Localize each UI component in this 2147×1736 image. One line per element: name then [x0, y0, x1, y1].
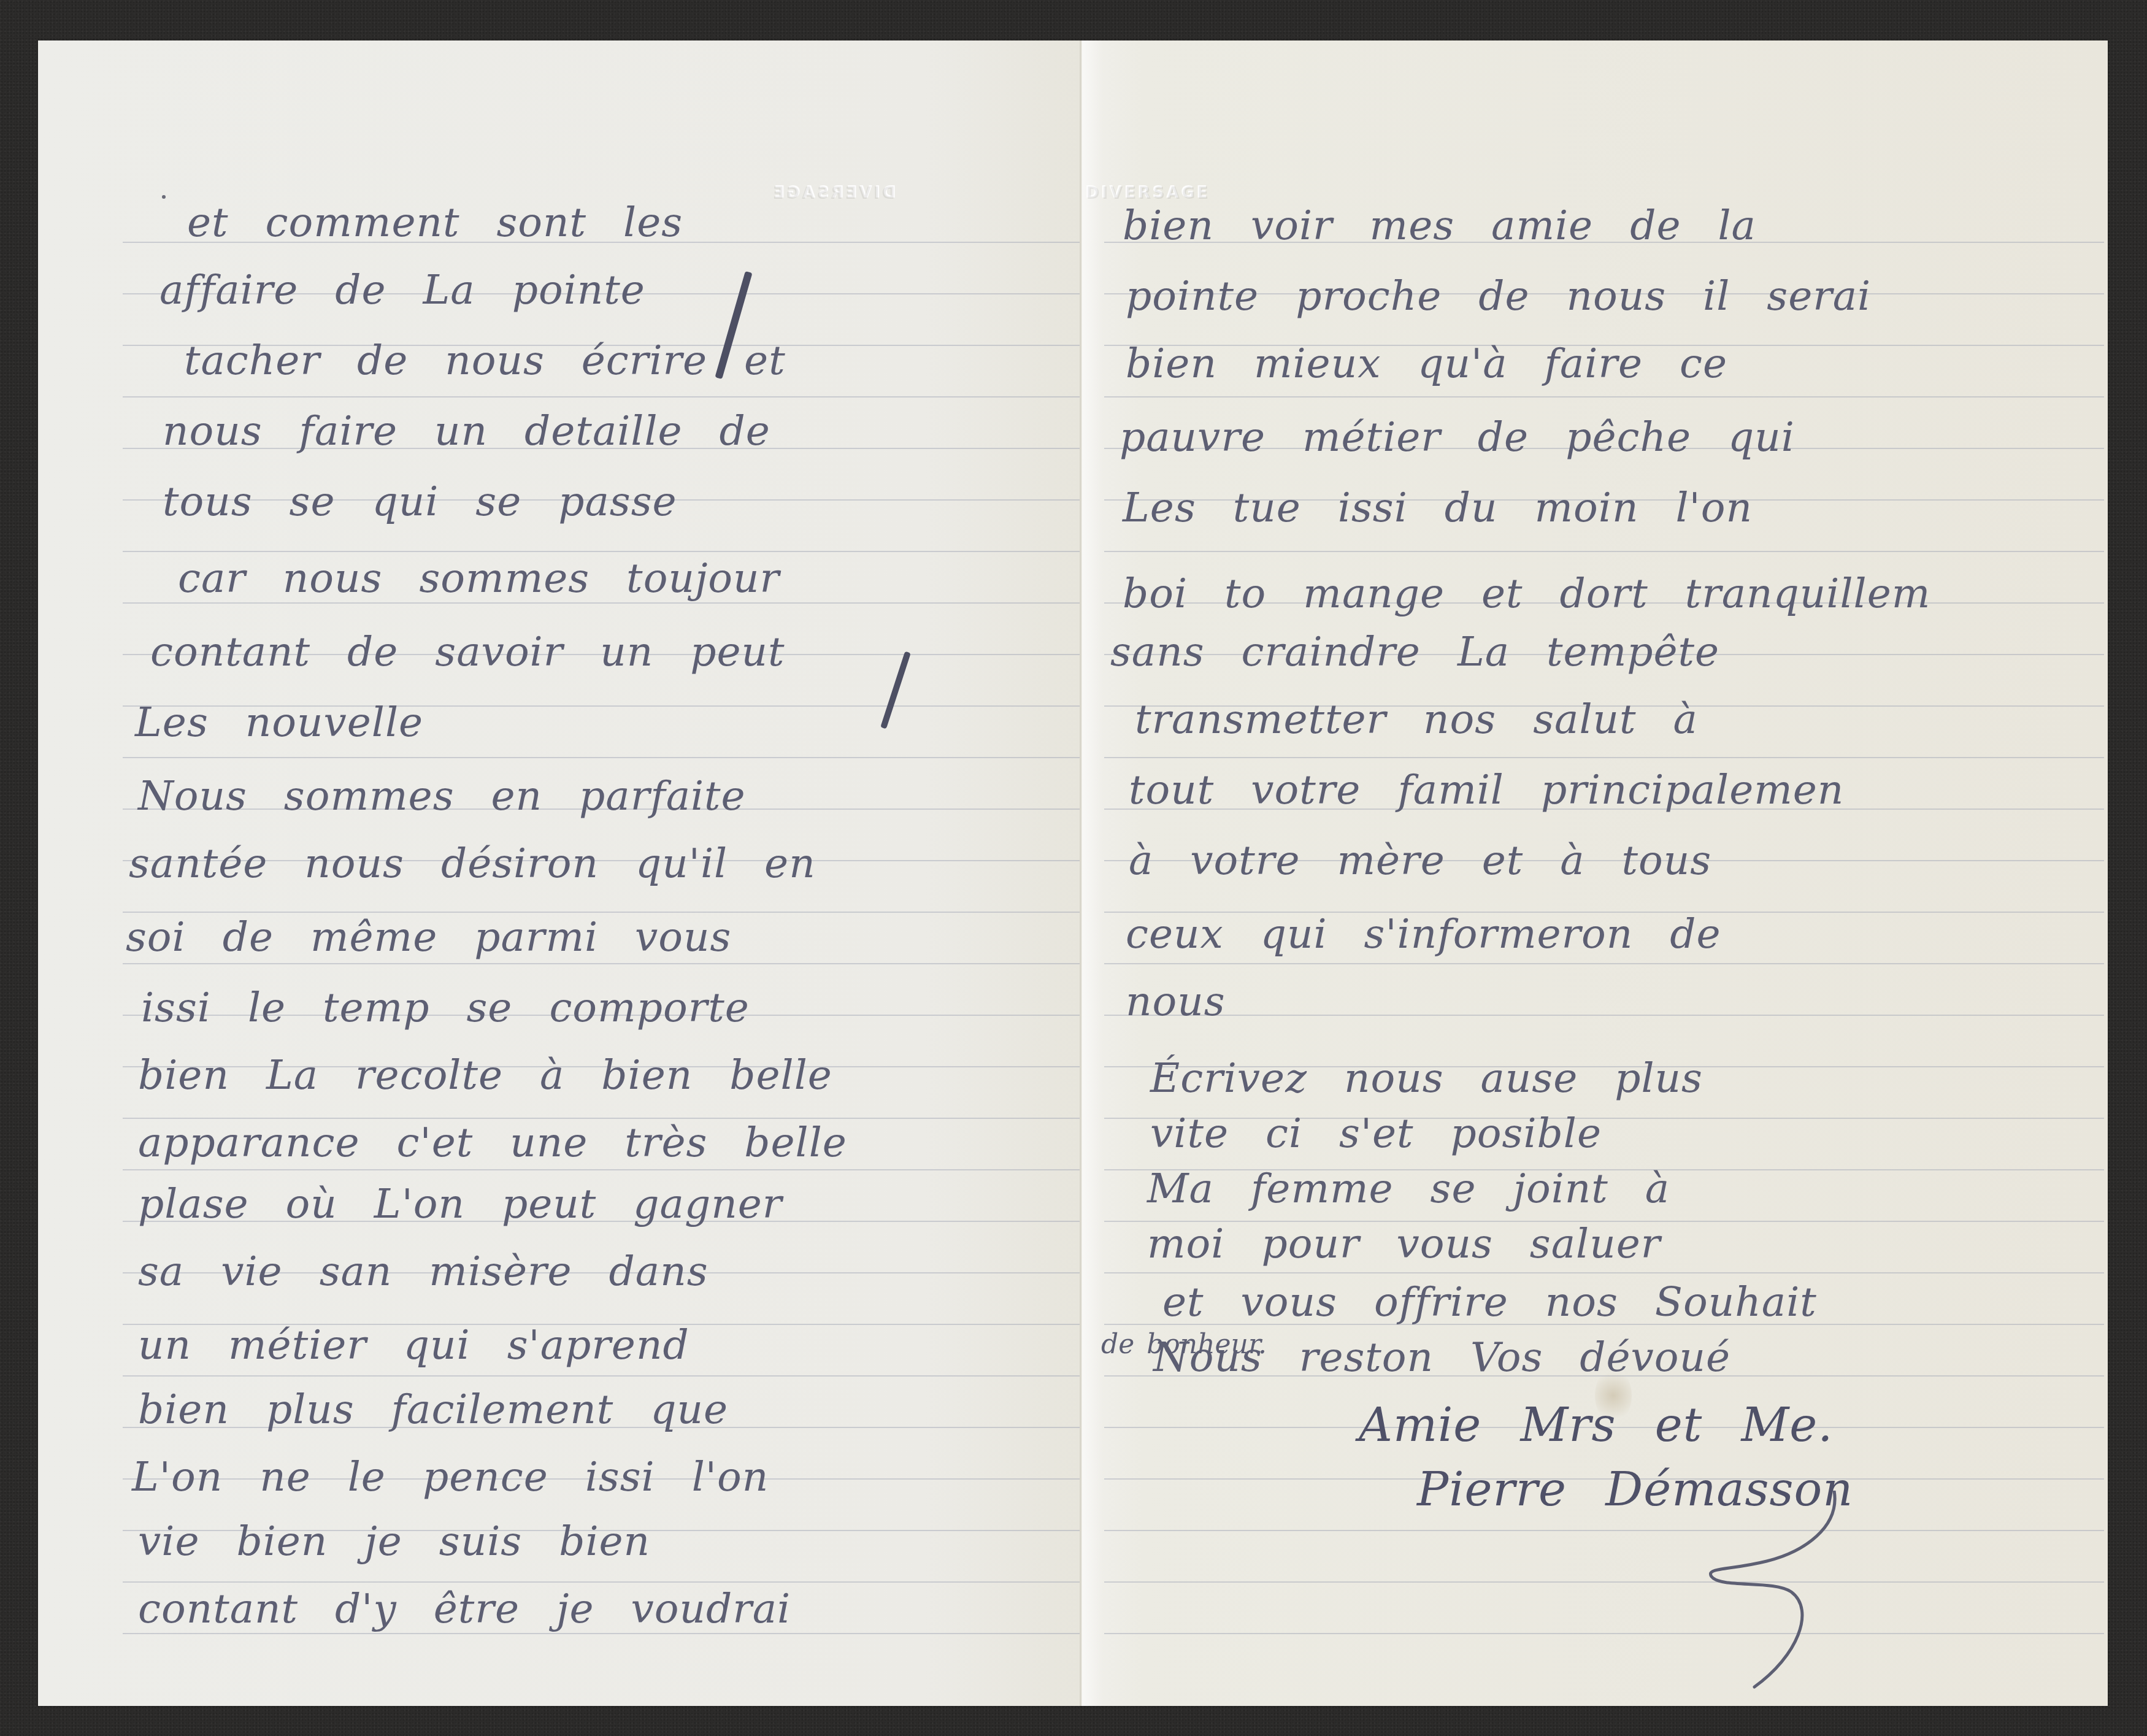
handwritten-line: soi de même parmi vous [126, 917, 731, 958]
handwritten-line: vite ci s'et posible [1150, 1113, 1602, 1154]
handwritten-line: Écrivez nous ause plus [1150, 1058, 1703, 1099]
handwritten-line: et comment sont les [187, 202, 683, 243]
handwritten-line: un métier qui s'aprend [138, 1325, 689, 1365]
handwritten-line: et vous offrire nos Souhait [1162, 1282, 1817, 1323]
fold-highlight [1082, 40, 1103, 1706]
handwritten-line: tout votre famil principalemen [1129, 770, 1844, 810]
ink-stain [1595, 1368, 1632, 1423]
margin-note: de bonheur. [1101, 1331, 1267, 1358]
handwritten-line: pointe proche de nous il serai [1126, 276, 1871, 317]
handwritten-line: tous se qui se passe [163, 482, 677, 522]
handwritten-line: bien La recolte à bien belle [138, 1055, 832, 1096]
handwritten-line: Ma femme se joint à [1147, 1169, 1670, 1209]
handwritten-line: à votre mère et à tous [1129, 840, 1711, 881]
handwritten-line: nous faire un detaille de [163, 411, 770, 451]
handwritten-line: nous [1126, 981, 1226, 1022]
handwritten-line: contant d'y être je voudrai [138, 1589, 791, 1629]
handwritten-line: contant de savoir un peut [150, 632, 785, 672]
handwritten-line: boi to mange et dort tranquillem [1123, 574, 1930, 614]
handwritten-line: car nous sommes toujour [178, 558, 780, 599]
center-fold [1080, 40, 1081, 1706]
handwritten-line: santée nous désiron qu'il en [129, 843, 816, 884]
letterhead-emboss-left: DIVERSAGE [771, 184, 896, 202]
signature-flourish-icon [1693, 1491, 1853, 1693]
closing-line: Amie Mrs et Me. [1359, 1402, 1833, 1448]
handwritten-line: bien voir mes amie de la [1123, 205, 1756, 246]
handwritten-line: ceux qui s'informeron de [1126, 914, 1721, 954]
ink-dot [162, 195, 166, 199]
handwritten-line: apparance c'et une très belle [138, 1123, 847, 1163]
handwritten-line: bien mieux qu'à faire ce [1126, 344, 1727, 384]
handwritten-line: bien plus facilement que [138, 1389, 728, 1430]
handwritten-line: tacher de nous écrire et [184, 340, 786, 381]
handwritten-line: transmetter nos salut à [1135, 699, 1698, 740]
handwritten-line: pauvre métier de pêche qui [1120, 417, 1795, 458]
handwritten-line: plase où L'on peut gagner [138, 1184, 782, 1224]
handwritten-line: issi le temp se comporte [141, 988, 750, 1028]
handwritten-line: sa vie san misère dans [138, 1251, 709, 1292]
handwritten-line: Les nouvelle [135, 702, 423, 743]
handwritten-line: L'on ne le pence issi l'on [132, 1457, 769, 1497]
handwritten-line: Les tue issi du moin l'on [1123, 488, 1753, 528]
handwritten-line: sans craindre La tempête [1110, 632, 1719, 672]
handwritten-line: affaire de La pointe [159, 270, 645, 310]
handwritten-line: moi pour vous saluer [1147, 1224, 1661, 1264]
handwritten-line: Nous sommes en parfaite [138, 776, 746, 816]
handwritten-line: vie bien je suis bien [138, 1521, 650, 1562]
letterhead-emboss-right: DIVERSAGE [1086, 184, 1210, 202]
